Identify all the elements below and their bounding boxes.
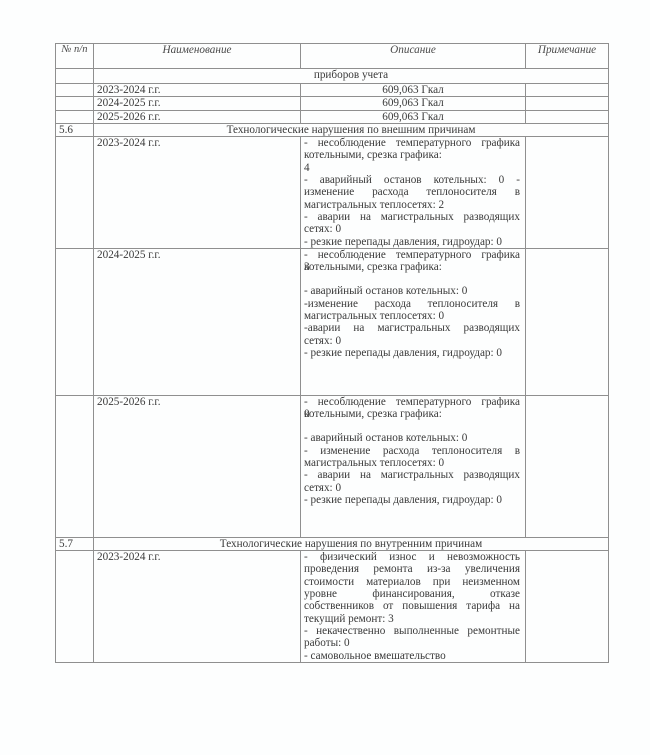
description-line: -аварии на магистральных разводящих сетя… — [304, 322, 520, 347]
cell-description: - несоблюдение температурного графика ко… — [301, 248, 526, 395]
cell-period: 2025-2026 г.г. — [94, 395, 301, 537]
description-line: - резкие перепады давления, гидроудар: 0 — [304, 494, 520, 506]
cell-period: 2023-2024 г.г. — [94, 137, 301, 249]
cell-description: - несоблюдение температурного графика ко… — [301, 137, 526, 249]
cell-period: 2024-2025 г.г. — [94, 97, 301, 110]
section-title: Технологические нарушения по внутренним … — [94, 537, 609, 550]
description-line: - некачественно выполненные ремонтные ра… — [304, 625, 520, 650]
table-row: приборов учета — [56, 69, 609, 84]
continuation-title: приборов учета — [94, 69, 609, 84]
cell-num — [56, 110, 94, 123]
description-line: - самовольное вмешательство — [304, 650, 520, 662]
description-line: - аварийный останов котельных: 0 - измен… — [304, 174, 520, 211]
cell-period: 2023-2024 г.г. — [94, 84, 301, 97]
table-row: 2023-2024 г.г. - физический износ и нево… — [56, 551, 609, 663]
description-blank-line — [304, 273, 520, 285]
description-blank-line — [304, 420, 520, 432]
description-line: - физический износ и невозможность прове… — [304, 551, 520, 625]
table-row: 2025-2026 г.г. - несоблюдение температур… — [56, 395, 609, 537]
description-line: - резкие перепады давления, гидроудар: 0 — [304, 236, 520, 248]
cell-num — [56, 137, 94, 249]
description-line: - аварии на магистральных разводящих сет… — [304, 469, 520, 494]
cell-note — [526, 84, 609, 97]
cell-note — [526, 395, 609, 537]
cell-num — [56, 69, 94, 84]
cell-note — [526, 137, 609, 249]
cell-note — [526, 110, 609, 123]
cell-num — [56, 97, 94, 110]
cell-num — [56, 248, 94, 395]
description-line: - аварийный останов котельных: 0 — [304, 285, 520, 297]
table-row: 2023-2024 г.г. 609,063 Гкал — [56, 84, 609, 97]
header-name: Наименование — [94, 44, 301, 69]
cell-description: - физический износ и невозможность прове… — [301, 551, 526, 663]
cell-description: - несоблюдение температурного графика ко… — [301, 395, 526, 537]
cell-note — [526, 248, 609, 395]
table-row: 2024-2025 г.г. - несоблюдение температур… — [56, 248, 609, 395]
header-num: № п/п — [56, 44, 94, 69]
cell-value: 609,063 Гкал — [301, 110, 526, 123]
cell-note — [526, 551, 609, 663]
description-line: 4 — [304, 162, 520, 174]
section-num: 5.7 — [56, 537, 94, 550]
cell-value: 609,063 Гкал — [301, 97, 526, 110]
section-row: 5.6 Технологические нарушения по внешним… — [56, 123, 609, 136]
header-note: Примечание — [526, 44, 609, 69]
description-line: - несоблюдение температурного графика ко… — [304, 137, 520, 162]
cell-period: 2024-2025 г.г. — [94, 248, 301, 395]
description-line: - аварии на магистральных разводящих сет… — [304, 211, 520, 236]
cell-value: 609,063 Гкал — [301, 84, 526, 97]
table-row: 2024-2025 г.г. 609,063 Гкал — [56, 97, 609, 110]
description-line: -изменение расхода теплоносителя в магис… — [304, 298, 520, 323]
cell-num — [56, 84, 94, 97]
header-description: Описание — [301, 44, 526, 69]
cell-num — [56, 395, 94, 537]
description-line: - резкие перепады давления, гидроудар: 0 — [304, 347, 520, 359]
description-line: - аварийный останов котельных: 0 — [304, 432, 520, 444]
section-title: Технологические нарушения по внешним при… — [94, 123, 609, 136]
cell-period: 2023-2024 г.г. — [94, 551, 301, 663]
table-header-row: № п/п Наименование Описание Примечание — [56, 44, 609, 69]
table-row: 2023-2024 г.г. - несоблюдение температур… — [56, 137, 609, 249]
cell-period: 2025-2026 г.г. — [94, 110, 301, 123]
report-table: № п/п Наименование Описание Примечание п… — [55, 43, 609, 663]
table-row: 2025-2026 г.г. 609,063 Гкал — [56, 110, 609, 123]
section-num: 5.6 — [56, 123, 94, 136]
section-row: 5.7 Технологические нарушения по внутрен… — [56, 537, 609, 550]
cell-note — [526, 97, 609, 110]
description-line: - изменение расхода теплоносителя в маги… — [304, 445, 520, 470]
cell-num — [56, 551, 94, 663]
